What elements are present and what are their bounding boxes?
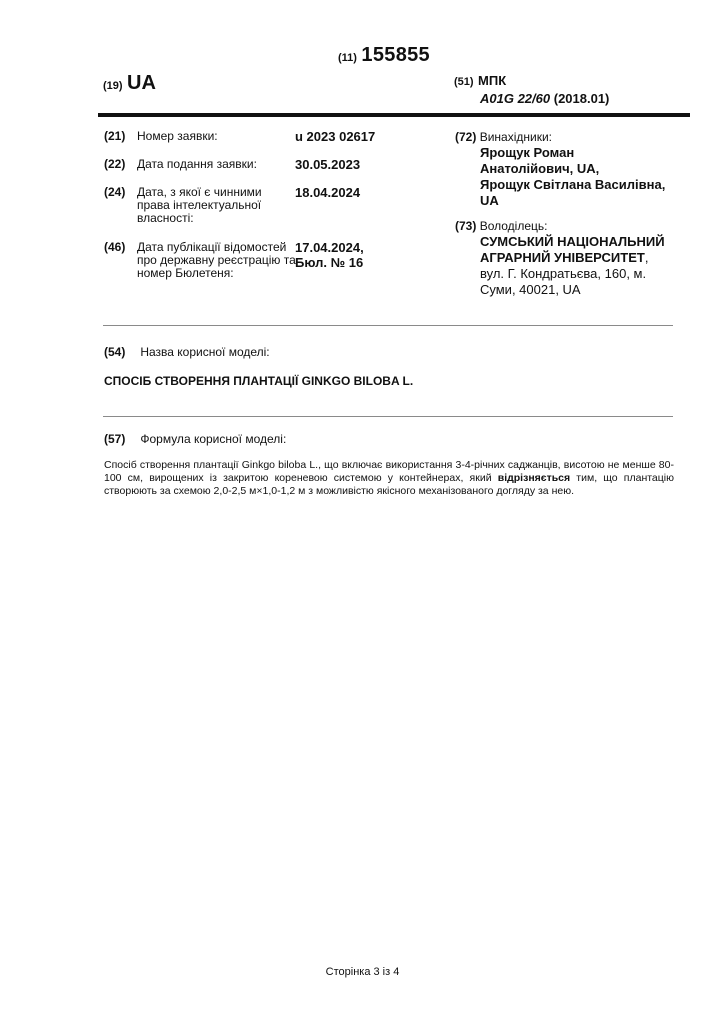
section-divider xyxy=(103,325,673,326)
page-number: Сторінка 3 із 4 xyxy=(0,966,725,978)
inventor-line: UA xyxy=(480,193,685,209)
field-rights-date: (24) Дата, з якої є чинними права інтеле… xyxy=(104,186,444,228)
field-code: (22) xyxy=(104,158,125,171)
ipc-classification: (51) МПК A01G 22/60 (2018.01) xyxy=(454,72,609,106)
ipc-class: A01G 22/60 xyxy=(480,91,550,106)
field-application-number: (21) Номер заявки: u 2023 02617 xyxy=(104,130,444,146)
country-code: (19) xyxy=(103,80,123,92)
owner-label: Володілець: xyxy=(480,219,548,233)
claims-section-label: Формула корисної моделі: xyxy=(140,432,286,446)
owner-block: (73) Володілець: СУМСЬКИЙ НАЦІОНАЛЬНИЙ А… xyxy=(455,219,685,298)
title-section-code: (54) xyxy=(104,345,137,359)
field-label: Дата подання заявки: xyxy=(137,158,287,171)
owner-address-line: Суми, 40021, UA xyxy=(480,282,685,298)
inventors-block: (72) Винахідники: Ярощук Роман Анатолійо… xyxy=(455,130,685,209)
field-value: 30.05.2023 xyxy=(295,157,360,172)
field-code: (24) xyxy=(104,186,125,199)
ipc-label: МПК xyxy=(478,73,506,88)
inventor-line: Анатолійович, UA, xyxy=(480,161,685,177)
field-value: u 2023 02617 xyxy=(295,129,375,144)
claims-section-code: (57) xyxy=(104,432,137,446)
ipc-code: (51) xyxy=(454,76,474,88)
owner-name: СУМСЬКИЙ НАЦІОНАЛЬНИЙ АГРАРНИЙ УНІВЕРСИТ… xyxy=(455,234,685,266)
field-code: (21) xyxy=(104,130,125,143)
owner-name-line: СУМСЬКИЙ НАЦІОНАЛЬНИЙ xyxy=(480,234,685,250)
field-label: Дата публікації відомостей про державну … xyxy=(137,241,297,280)
country-value: UA xyxy=(127,72,156,94)
country: (19) UA xyxy=(103,72,156,95)
publication-number-value: 155855 xyxy=(361,44,430,66)
title-section-heading: (54) Назва корисної моделі: xyxy=(104,345,270,359)
owner-name-line: АГРАРНИЙ УНІВЕРСИТЕТ xyxy=(480,250,645,265)
ipc-line: A01G 22/60 (2018.01) xyxy=(454,91,609,106)
field-filing-date: (22) Дата подання заявки: 30.05.2023 xyxy=(104,158,444,174)
title-section-label: Назва корисної моделі: xyxy=(140,345,269,359)
inventors-names: Ярощук Роман Анатолійович, UA, Ярощук Св… xyxy=(455,145,685,209)
publication-number-code: (11) xyxy=(338,52,357,64)
utility-model-title: СПОСІБ СТВОРЕННЯ ПЛАНТАЦІЇ GINKGO BILOBA… xyxy=(104,374,413,388)
inventor-line: Ярощук Роман xyxy=(480,145,685,161)
inventor-line: Ярощук Світлана Василівна, xyxy=(480,177,685,193)
owner-code: (73) xyxy=(455,219,476,233)
owner-address-line: вул. Г. Кондратьєва, 160, м. xyxy=(480,266,685,282)
field-publication-date: (46) Дата публікації відомостей про держ… xyxy=(104,241,444,283)
inventors-code: (72) xyxy=(455,130,476,144)
field-code: (46) xyxy=(104,241,125,254)
field-label: Дата, з якої є чинними права інтелектуал… xyxy=(137,186,272,225)
field-value: 18.04.2024 xyxy=(295,185,360,200)
field-label: Номер заявки: xyxy=(137,130,287,143)
owner-address: вул. Г. Кондратьєва, 160, м. Суми, 40021… xyxy=(455,266,685,298)
claim-characterizing-word: відрізняється xyxy=(498,472,570,484)
ipc-version: (2018.01) xyxy=(554,91,610,106)
publication-number: (11) 155855 xyxy=(338,44,430,67)
inventors-label: Винахідники: xyxy=(480,130,552,144)
field-value-line2: Бюл. № 16 xyxy=(295,255,363,270)
section-divider xyxy=(103,416,673,417)
claim-text: Спосіб створення плантації Ginkgo biloba… xyxy=(104,459,674,498)
header-divider xyxy=(98,113,690,117)
claims-section-heading: (57) Формула корисної моделі: xyxy=(104,432,286,446)
field-value-line1: 17.04.2024, xyxy=(295,240,364,255)
